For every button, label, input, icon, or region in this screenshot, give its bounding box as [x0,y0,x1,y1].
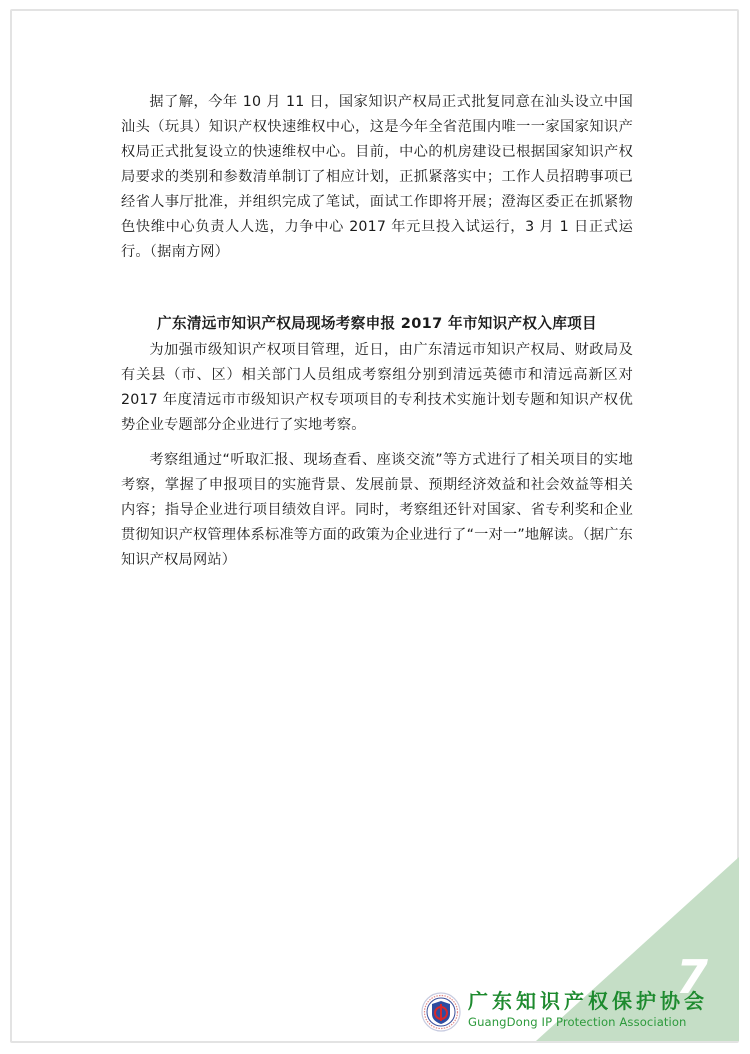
article-paragraph: 为加强市级知识产权项目管理，近日，由广东清远市知识产权局、财政局及有关县（市、区… [121,338,633,438]
association-name-cn: 广东知识产权保护协会 [468,988,708,1014]
association-name-en: GuangDong IP Protection Association [468,1014,708,1030]
article-title: 广东清远市知识产权局现场考察申报 2017 年市知识产权入库项目 [121,311,633,337]
article-paragraph: 考察组通过“听取汇报、现场查看、座谈交流”等方式进行了相关项目的实地考察，掌握了… [121,448,633,573]
article-paragraph: 据了解，今年 10 月 11 日，国家知识产权局正式批复同意在汕头设立中国汕头（… [121,90,633,265]
page-number: 7 [676,952,708,1002]
article-qingyuan-inspection: 广东清远市知识产权局现场考察申报 2017 年市知识产权入库项目 为加强市级知识… [121,311,633,573]
association-emblem-icon [421,992,461,1032]
article-shantou-ip-center: 据了解，今年 10 月 11 日，国家知识产权局正式批复同意在汕头设立中国汕头（… [121,90,633,265]
association-name: 广东知识产权保护协会 GuangDong IP Protection Assoc… [468,988,708,1030]
